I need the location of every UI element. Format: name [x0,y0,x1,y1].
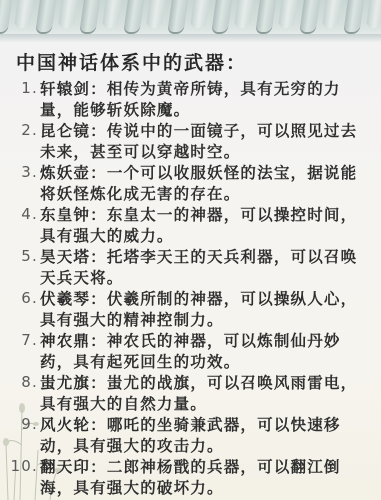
separator: ： [90,457,107,476]
item-number: 2. [0,120,40,162]
list-item: 1. 轩辕剑：相传为黄帝所铸，具有无穷的力量，能够斩妖除魔。 [0,78,381,120]
item-number: 9. [0,414,40,456]
list-item: 7. 神农鼎：神农氏的神器，可以炼制仙丹妙药，具有起死回生的功效。 [0,330,381,372]
list-item: 8. 蚩尤旗：蚩尤的战旗，可以召唤风雨雷电，具有强大的自然力量。 [0,372,381,414]
separator: ： [90,79,107,98]
article: 中国神话体系中的武器： 1. 轩辕剑：相传为黄帝所铸，具有无穷的力量，能够斩妖除… [0,50,381,498]
weapon-name: 翻天印 [40,457,90,476]
weapon-name: 伏羲琴 [40,289,90,308]
page-title: 中国神话体系中的武器： [16,50,381,76]
separator: ： [90,247,107,266]
roof-tiles-decoration [0,0,381,42]
item-number: 6. [0,288,40,330]
list-item: 10. 翻天印：二郎神杨戬的兵器，可以翻江倒海，具有强大的破坏力。 [0,456,381,498]
weapon-name: 风火轮 [40,415,90,434]
roof-shadow [0,34,381,42]
item-number: 8. [0,372,40,414]
item-number: 1. [0,78,40,120]
separator: ： [90,205,107,224]
list-item: 3. 炼妖壶：一个可以收服妖怪的法宝，据说能将妖怪炼化成无害的存在。 [0,162,381,204]
list-item: 9. 风火轮：哪吒的坐骑兼武器，可以快速移动，具有强大的攻击力。 [0,414,381,456]
separator: ： [90,121,107,140]
list-item: 2. 昆仑镜：传说中的一面镜子，可以照见过去未来，甚至可以穿越时空。 [0,120,381,162]
weapon-list: 1. 轩辕剑：相传为黄帝所铸，具有无穷的力量，能够斩妖除魔。 2. 昆仑镜：传说… [0,78,381,498]
separator: ： [90,289,107,308]
weapon-name: 昆仑镜 [40,121,90,140]
weapon-name: 昊天塔 [40,247,90,266]
separator: ： [90,373,107,392]
weapon-name: 东皇钟 [40,205,90,224]
weapon-name: 神农鼎 [40,331,90,350]
item-number: 10. [0,456,40,498]
item-number: 7. [0,330,40,372]
separator: ： [90,331,107,350]
list-item: 5. 昊天塔：托塔李天王的天兵利器，可以召唤天兵天将。 [0,246,381,288]
weapon-name: 炼妖壶 [40,163,90,182]
weapon-name: 蚩尤旗 [40,373,90,392]
item-number: 4. [0,204,40,246]
tile-row [0,0,381,32]
separator: ： [90,415,107,434]
item-number: 3. [0,162,40,204]
item-number: 5. [0,246,40,288]
list-item: 4. 东皇钟：东皇太一的神器，可以操控时间，具有强大的威力。 [0,204,381,246]
list-item: 6. 伏羲琴：伏羲所制的神器，可以操纵人心，具有强大的精神控制力。 [0,288,381,330]
separator: ： [90,163,107,182]
weapon-name: 轩辕剑 [40,79,90,98]
